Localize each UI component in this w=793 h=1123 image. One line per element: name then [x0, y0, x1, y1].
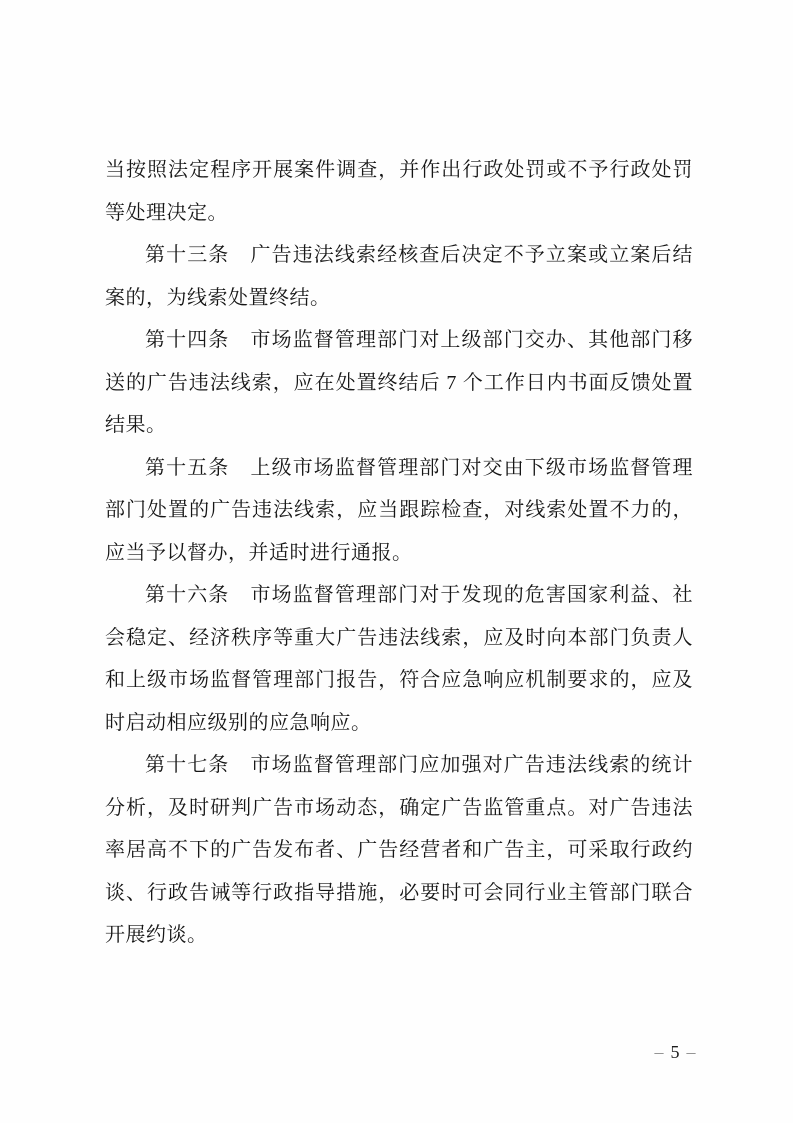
page-number-dash-left: – — [648, 1042, 671, 1062]
page-number: –5– — [620, 1037, 730, 1067]
text-line: 时启动相应级别的应急响应。 — [105, 702, 693, 745]
text-line: 第十三条 广告违法线索经核查后决定不予立案或立案后结 — [105, 234, 693, 277]
document-page: 当按照法定程序开展案件调查，并作出行政处罚或不予行政处罚 等处理决定。 第十三条… — [0, 0, 793, 1123]
paragraph-article-14: 第十四条 市场监督管理部门对上级部门交办、其他部门移 送的广告违法线索，应在处置… — [105, 319, 693, 447]
text-line: 部门处置的广告违法线索，应当跟踪检查，对线索处置不力的， — [105, 489, 693, 532]
text-line: 等处理决定。 — [105, 192, 693, 235]
text-line: 应当予以督办，并适时进行通报。 — [105, 532, 693, 575]
text-line: 第十五条 上级市场监督管理部门对交由下级市场监督管理 — [105, 447, 693, 490]
text-line: 开展约谈。 — [105, 914, 693, 957]
paragraph-article-16: 第十六条 市场监督管理部门对于发现的危害国家利益、社 会稳定、经济秩序等重大广告… — [105, 574, 693, 744]
paragraph-article-17: 第十七条 市场监督管理部门应加强对广告违法线索的统计 分析，及时研判广告市场动态… — [105, 744, 693, 957]
text-line: 第十六条 市场监督管理部门对于发现的危害国家利益、社 — [105, 574, 693, 617]
page-number-dash-right: – — [680, 1042, 703, 1062]
paragraph-article-13: 第十三条 广告违法线索经核查后决定不予立案或立案后结 案的，为线索处置终结。 — [105, 234, 693, 319]
text-line: 结果。 — [105, 404, 693, 447]
paragraph-continuation: 当按照法定程序开展案件调查，并作出行政处罚或不予行政处罚 等处理决定。 — [105, 149, 693, 234]
text-line: 和上级市场监督管理部门报告，符合应急响应机制要求的，应及 — [105, 659, 693, 702]
text-line: 第十四条 市场监督管理部门对上级部门交办、其他部门移 — [105, 319, 693, 362]
document-body: 当按照法定程序开展案件调查，并作出行政处罚或不予行政处罚 等处理决定。 第十三条… — [105, 149, 693, 957]
text-line: 送的广告违法线索，应在处置终结后 7 个工作日内书面反馈处置 — [105, 362, 693, 405]
text-line: 会稳定、经济秩序等重大广告违法线索，应及时向本部门负责人 — [105, 617, 693, 660]
text-line: 分析，及时研判广告市场动态，确定广告监管重点。对广告违法 — [105, 787, 693, 830]
text-line: 第十七条 市场监督管理部门应加强对广告违法线索的统计 — [105, 744, 693, 787]
page-number-value: 5 — [671, 1042, 680, 1062]
text-line: 当按照法定程序开展案件调查，并作出行政处罚或不予行政处罚 — [105, 149, 693, 192]
text-line: 案的，为线索处置终结。 — [105, 277, 693, 320]
text-line: 率居高不下的广告发布者、广告经营者和广告主，可采取行政约 — [105, 829, 693, 872]
text-line: 谈、行政告诫等行政指导措施，必要时可会同行业主管部门联合 — [105, 872, 693, 915]
paragraph-article-15: 第十五条 上级市场监督管理部门对交由下级市场监督管理 部门处置的广告违法线索，应… — [105, 447, 693, 575]
